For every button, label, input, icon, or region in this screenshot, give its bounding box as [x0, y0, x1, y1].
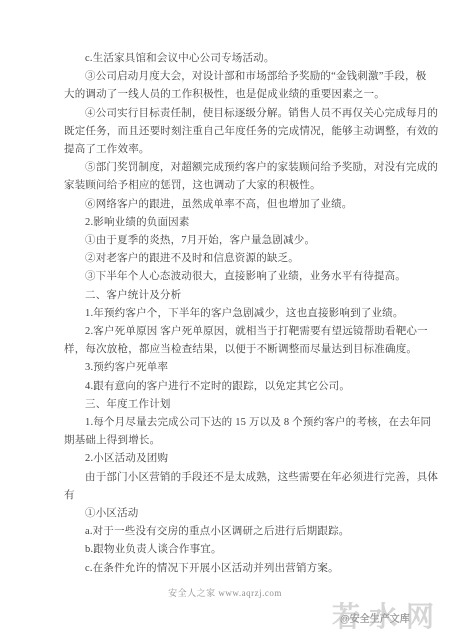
text-line: ①小区活动 [64, 505, 394, 523]
text-line: 既定任务，而且还要时刻注重自己年度任务的完成情况，能够主动调整，有效的 [64, 123, 394, 141]
text-line: a.对于一些没有交房的重点小区调研之后进行后期跟踪。 [64, 523, 394, 541]
text-line: 1.每个月尽量去完成公司下达的 15 万以及 8 个预约客户的考核，在去年同 [64, 414, 394, 432]
text-line: 2.小区活动及团购 [64, 450, 394, 468]
text-line: 1.年预约客户个，下半年的客户急剧减少，这也直接影响到了业绩。 [64, 305, 394, 323]
text-line: 提高了工作效率。 [64, 141, 394, 159]
text-line: ①由于夏季的炎热，7月开始，客户量急剧减少。 [64, 232, 394, 250]
text-line: 样，每次放枪，都应当检查结果，以便于不断调整而尽量达到目标准确度。 [64, 341, 394, 359]
text-line: ②对老客户的跟进不及时和信息资源的缺乏。 [64, 250, 394, 268]
section-heading: 三、年度工作计划 [64, 396, 394, 414]
text-line: ③下半年个人心态波动很大，直接影响了业绩，业务水平有待提高。 [64, 268, 394, 286]
text-line: 由于部门小区营销的手段还不是太成熟，这些需要在年必须进行完善，具体 [64, 469, 394, 487]
text-line: 4.跟有意向的客户进行不定时的跟踪，以免定其它公司。 [64, 378, 394, 396]
text-line: ④公司实行目标责任制，使目标逐级分解。销售人员不再仅关心完成每月的 [64, 105, 394, 123]
document-body: c.生活家具馆和会议中心公司专场活动。 ③公司启动月度大会，对设计部和市场部给予… [64, 50, 394, 578]
text-line: ③公司启动月度大会，对设计部和市场部给予奖励的“金钱刺激”手段，极 [64, 68, 394, 86]
document-page: c.生活家具馆和会议中心公司专场活动。 ③公司启动月度大会，对设计部和市场部给予… [0, 0, 450, 637]
section-heading: 二、客户统计及分析 [64, 287, 394, 305]
watermark-overlay-text: @安全生产文库 [340, 610, 410, 625]
text-line: 家装顾问给予相应的惩罚，这也调动了大家的积极性。 [64, 177, 394, 195]
text-line: b.跟物业负责人谈合作事宜。 [64, 541, 394, 559]
text-line: c.在条件允许的情况下开展小区活动并列出营销方案。 [64, 560, 394, 578]
text-line: ⑥网络客户的跟进，虽然成单率不高，但也增加了业绩。 [64, 196, 394, 214]
text-line: 大的调动了一线人员的工作积极性，也是促成业绩的重要因素之一。 [64, 86, 394, 104]
section-heading: 2.影响业绩的负面因素 [64, 214, 394, 232]
text-line: 2.客户死单原因 客户死单原因，就相当于打靶需要有望远镜帮助看靶心一 [64, 323, 394, 341]
text-line: ⑤部门奖罚制度，对超额完成预约客户的家装顾问给予奖励，对没有完成的 [64, 159, 394, 177]
text-line: 期基础上得到增长。 [64, 432, 394, 450]
text-line: 有 [64, 487, 394, 505]
watermark: 若水网 @安全生产文库 [332, 595, 450, 637]
text-line: 3.预约客户死单率 [64, 359, 394, 377]
text-line: c.生活家具馆和会议中心公司专场活动。 [64, 50, 394, 68]
